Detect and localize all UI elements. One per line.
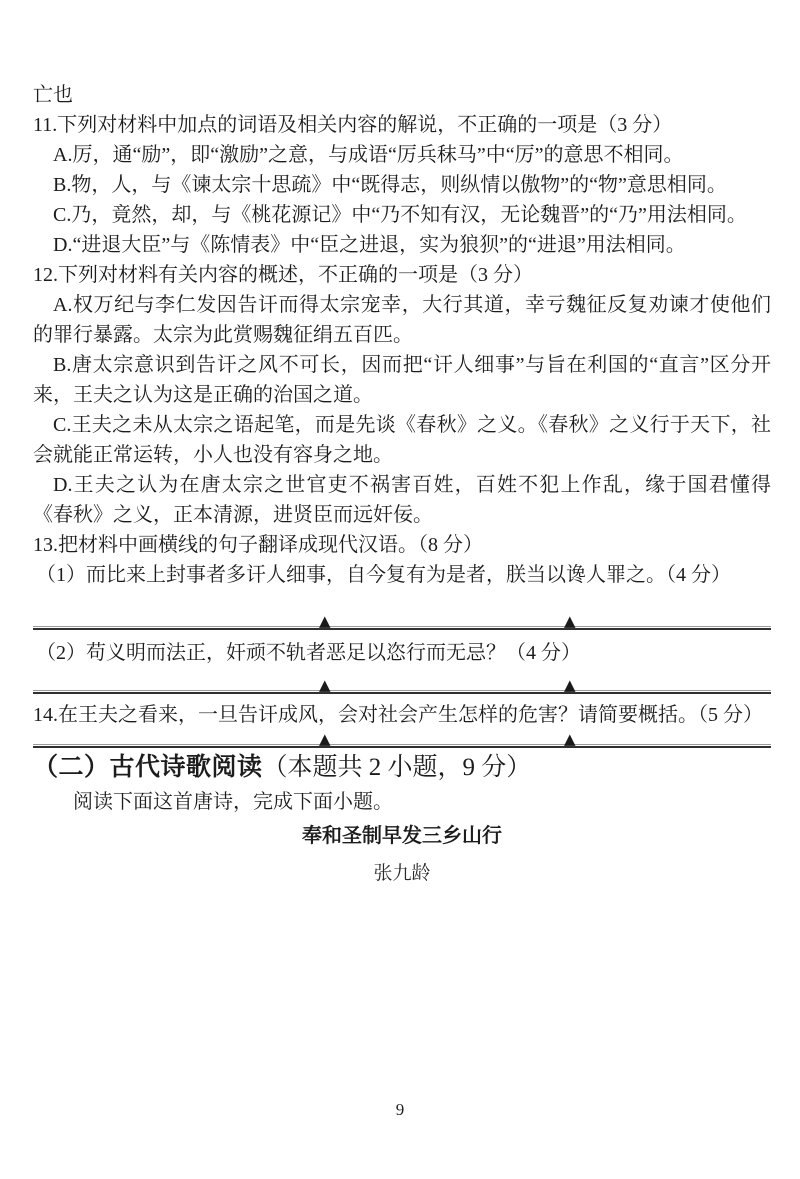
question-11-option-a: A.厉，通“励”，即“激励”之意，与成语“厉兵秣马”中“厉”的意思不相同。 (33, 140, 771, 170)
answer-insert-triangle-icon: ▲ (319, 614, 331, 629)
leading-text-fragment: 亡也 (33, 80, 771, 110)
poem-author: 张九龄 (33, 859, 771, 889)
question-11-option-c: C.乃，竟然，却，与《桃花源记》中“乃不知有汉，无论魏晋”的“乃”用法相同。 (33, 200, 771, 230)
page-number: 9 (0, 1100, 800, 1120)
question-13-part-1: （1）而比来上封事者多讦人细事，自今复有为是者，朕当以谗人罪之。（4 分） (33, 560, 771, 590)
poem-title: 奉和圣制早发三乡山行 (33, 821, 771, 851)
answer-space-14: ▲ ▲ (33, 730, 771, 744)
section-2-heading: （二）古代诗歌阅读（本题共 2 小题，9 分） (33, 748, 771, 787)
question-12-option-d: D.王夫之认为在唐太宗之世官吏不祸害百姓，百姓不犯上作乱，缘于国君懂得《春秋》之… (33, 470, 771, 530)
question-14-stem: 14.在王夫之看来，一旦告讦成风，会对社会产生怎样的危害？请简要概括。（5 分） (33, 700, 771, 730)
exam-page: 亡也 11.下列对材料中加点的词语及相关内容的解说，不正确的一项是（3 分） A… (0, 0, 800, 1179)
section-2-lead-in: 阅读下面这首唐诗，完成下面小题。 (33, 787, 771, 817)
question-12-option-b: B.唐太宗意识到告讦之风不可长，因而把“讦人细事”与旨在利国的“直言”区分开来，… (33, 350, 771, 410)
question-12-option-c: C.王夫之未从太宗之语起笔，而是先谈《春秋》之义。《春秋》之义行于天下，社会就能… (33, 410, 771, 470)
question-12-stem: 12.下列对材料有关内容的概述，不正确的一项是（3 分） (33, 260, 771, 290)
answer-separator-line (33, 626, 771, 630)
question-12-option-a: A.权万纪与李仁发因告讦而得太宗宠幸，大行其道，幸亏魏征反复劝谏才使他们的罪行暴… (33, 290, 771, 350)
answer-insert-triangle-icon: ▲ (319, 678, 331, 693)
answer-insert-triangle-icon: ▲ (564, 678, 576, 693)
answer-space-13-2: ▲ ▲ (33, 668, 771, 690)
answer-separator-line (33, 690, 771, 694)
question-13-part-2: （2）苟义明而法正，奸顽不轨者恶足以恣行而无忌？（4 分） (33, 638, 771, 668)
answer-insert-triangle-icon: ▲ (564, 732, 576, 747)
answer-insert-triangle-icon: ▲ (319, 732, 331, 747)
answer-insert-triangle-icon: ▲ (564, 614, 576, 629)
question-11-option-d: D.“进退大臣”与《陈情表》中“臣之进退，实为狼狈”的“进退”用法相同。 (33, 230, 771, 260)
question-11-stem: 11.下列对材料中加点的词语及相关内容的解说，不正确的一项是（3 分） (33, 110, 771, 140)
question-13-stem: 13.把材料中画横线的句子翻译成现代汉语。（8 分） (33, 530, 771, 560)
answer-space-13-1: ▲ ▲ (33, 590, 771, 626)
question-11-option-b: B.物，人，与《谏太宗十思疏》中“既得志，则纵情以傲物”的“物”意思相同。 (33, 170, 771, 200)
exam-content: 亡也 11.下列对材料中加点的词语及相关内容的解说，不正确的一项是（3 分） A… (33, 80, 771, 889)
section-2-note: （本题共 2 小题，9 分） (263, 754, 532, 781)
section-2-title: （二）古代诗歌阅读 (33, 753, 263, 781)
